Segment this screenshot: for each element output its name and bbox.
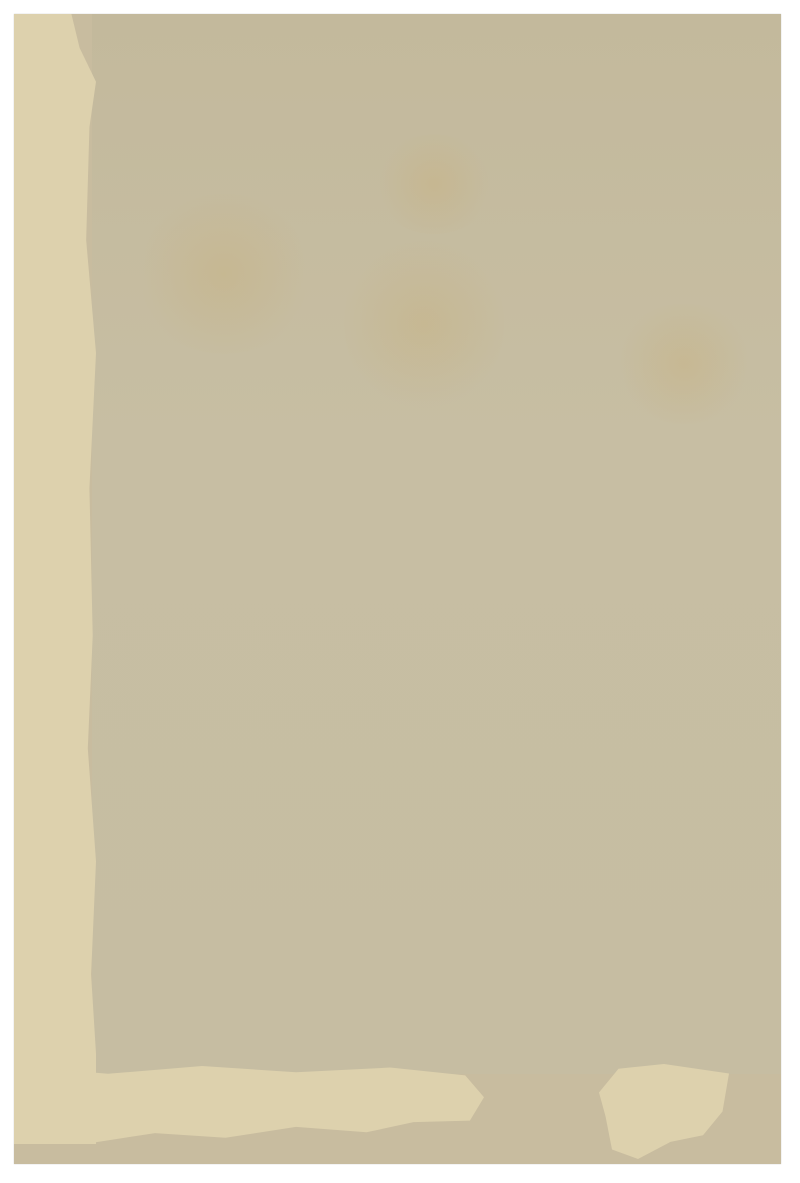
aged-paper-sheet (14, 14, 781, 1164)
torn-patch-lower-right (599, 1064, 729, 1159)
water-stain (344, 234, 504, 414)
water-stain (614, 304, 754, 424)
torn-bottom-border (14, 1066, 484, 1144)
water-stain (374, 134, 494, 234)
water-stain (134, 194, 314, 354)
torn-left-border (14, 14, 96, 1144)
